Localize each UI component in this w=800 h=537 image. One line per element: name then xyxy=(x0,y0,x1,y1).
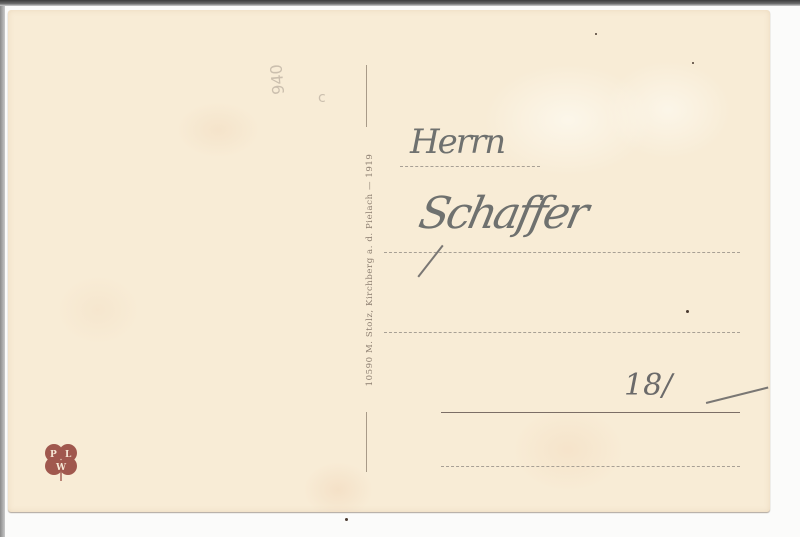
handwritten-salutation: Herrn xyxy=(410,122,504,162)
pencil-mark: 940 xyxy=(266,63,288,95)
logo-letter-w: W xyxy=(55,463,67,473)
scan-border-left xyxy=(0,6,5,537)
speck xyxy=(692,62,694,64)
address-line-3 xyxy=(384,332,740,333)
center-divider-top xyxy=(366,65,367,127)
publisher-imprint: 10590 M. Stolz, Kirchberg a. d. Pielach … xyxy=(365,154,375,387)
postcard xyxy=(8,10,770,512)
handwritten-name: Schaffer xyxy=(415,188,591,239)
address-line-1 xyxy=(400,166,540,167)
center-divider-bottom xyxy=(366,412,367,472)
logo-letter-p: P xyxy=(50,450,57,460)
speck xyxy=(345,518,348,521)
pencil-mark: c xyxy=(318,90,326,106)
address-line-5 xyxy=(441,466,740,467)
speck xyxy=(595,33,597,35)
handwritten-number: 18/ xyxy=(624,368,672,403)
address-line-4 xyxy=(441,412,740,413)
clover-logo-icon: P L W xyxy=(40,440,82,482)
speck xyxy=(686,310,689,313)
scan-border-top xyxy=(0,0,800,6)
logo-letter-l: L xyxy=(65,450,72,460)
